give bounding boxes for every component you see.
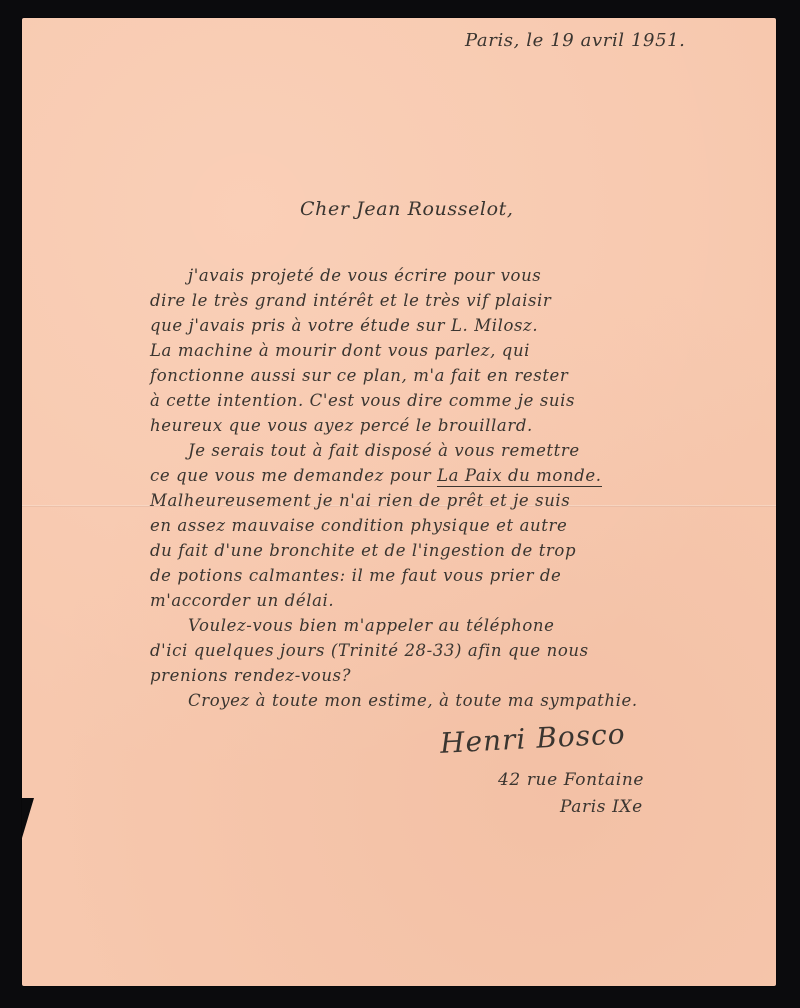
letter-line-text: ce que vous me demandez pour xyxy=(150,466,431,485)
address-street: 42 rue Fontaine xyxy=(498,770,644,790)
address-city: Paris IXe xyxy=(560,797,643,817)
letter-line: que j'avais pris à votre étude sur L. Mi… xyxy=(150,316,538,335)
letter-date: Paris, le 19 avril 1951. xyxy=(465,30,686,51)
letter-line: m'accorder un délai. xyxy=(150,591,334,610)
closing-line: Croyez à toute mon estime, à toute ma sy… xyxy=(150,691,638,710)
torn-edge-notch xyxy=(22,798,34,838)
salutation: Cher Jean Rousselot, xyxy=(300,198,514,220)
letter-line: ce que vous me demandez pour La Paix du … xyxy=(150,466,602,485)
letter-line: dire le très grand intérêt et le très vi… xyxy=(150,291,551,310)
letter-line: de potions calmantes: il me faut vous pr… xyxy=(150,566,561,585)
letter-line: Voulez-vous bien m'appeler au téléphone xyxy=(150,616,554,635)
letter-line: heureux que vous ayez percé le brouillar… xyxy=(150,416,533,435)
journal-title: La Paix du monde. xyxy=(437,466,601,487)
letter-line: j'avais projeté de vous écrire pour vous xyxy=(150,266,541,285)
letter-line: Je serais tout à fait disposé à vous rem… xyxy=(150,441,580,460)
letter-line: fonctionne aussi sur ce plan, m'a fait e… xyxy=(150,366,568,385)
letter-line: en assez mauvaise condition physique et … xyxy=(150,516,567,535)
letter-line: La machine à mourir dont vous parlez, qu… xyxy=(150,341,530,360)
letter-line: du fait d'une bronchite et de l'ingestio… xyxy=(150,541,576,560)
letter-line: Malheureusement je n'ai rien de prêt et … xyxy=(150,491,570,510)
letter-line: prenions rendez-vous? xyxy=(150,666,351,685)
letter-line: à cette intention. C'est vous dire comme… xyxy=(150,391,575,410)
letter-line: d'ici quelques jours (Trinité 28-33) afi… xyxy=(150,641,589,660)
